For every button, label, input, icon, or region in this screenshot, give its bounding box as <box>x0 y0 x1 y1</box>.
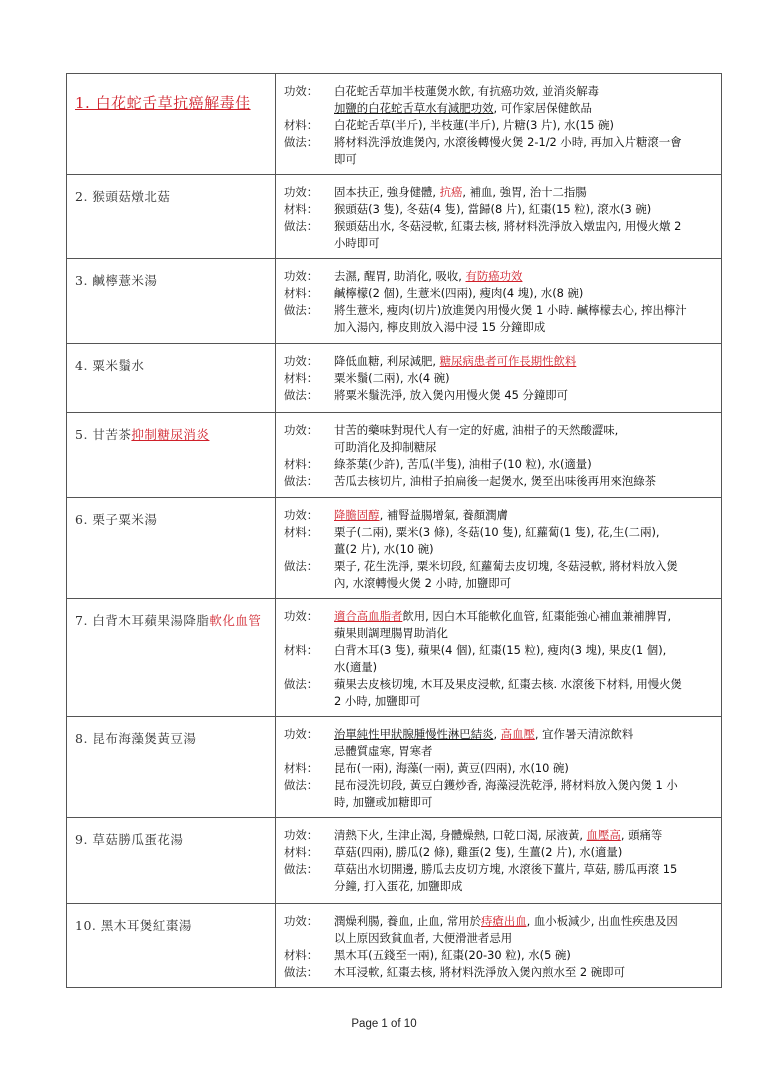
recipe-title-segment: 2. 猴頭菇燉北菇 <box>75 189 170 204</box>
method-line: 做法：苦瓜去核切片, 油柑子拍扁後一起煲水, 煲至出味後再用來泡綠茶 <box>284 473 715 490</box>
recipe-title-segment: 7. 白背木耳蘋果湯降脂 <box>75 613 209 628</box>
ingredients-label: 材料： <box>284 201 334 218</box>
effect-segment: 忌體質虛寒, 胃寒者 <box>334 744 432 758</box>
effect-line: 加鹽的白花蛇舌草水有減肥功效, 可作家居保健飲品 <box>284 100 715 117</box>
recipe-title: 1. 白花蛇舌草抗癌解毒佳 <box>67 74 276 175</box>
method-text: 分鐘, 打入蛋花, 加鹽即成 <box>334 878 715 895</box>
recipe-title-segment: 8. 昆布海藻煲黃豆湯 <box>75 731 196 746</box>
effect-segment: 飲用, 因白木耳能軟化血管, 紅棗能強心補血兼補脾胃, <box>402 609 671 623</box>
recipe-title: 5. 甘苦茶抑制糖尿消炎 <box>67 413 276 498</box>
effect-segment: 清熱下火, 生津止渴, 身體燥熱, 口乾口渴, 尿液黃, <box>334 828 587 842</box>
recipe-title-segment: 抑制糖尿消炎 <box>131 427 209 442</box>
effect-segment: , 頭痛等 <box>621 828 662 842</box>
method-label: 做法： <box>284 676 334 693</box>
method-text: 將生薏米, 瘦肉(切片)放進煲內用慢火煲 1 小時. 鹹檸檬去心, 搾出檸汁 <box>334 302 715 319</box>
recipe-details: 功效：白花蛇舌草加半枝蓮煲水飲, 有抗癌功效, 並消炎解毒加鹽的白花蛇舌草水有減… <box>276 74 722 175</box>
ingredients-label: 材料： <box>284 117 334 134</box>
effect-text: 適合高血脂者飲用, 因白木耳能軟化血管, 紅棗能強心補血兼補脾胃, <box>334 608 715 625</box>
effect-text: 固本扶正, 強身健體, 抗癌, 補血, 強胃, 治十二指腸 <box>334 184 715 201</box>
effect-text: 清熱下火, 生津止渴, 身體燥熱, 口乾口渴, 尿液黃, 血壓高, 頭痛等 <box>334 827 715 844</box>
method-text: 將粟米鬚洗淨, 放入煲內用慢火煲 45 分鐘即可 <box>334 387 715 404</box>
method-label: 做法： <box>284 964 334 981</box>
recipe-details: 功效：潤燥利腸, 養血, 止血, 常用於痔瘡出血, 血小板減少, 出血性疾患及因… <box>276 904 722 988</box>
effect-text: 蘋果則調理腸胃助消化 <box>334 625 715 642</box>
ingredients-segment: 栗子(二兩), 粟米(3 條), 冬菇(10 隻), 紅蘿蔔(1 隻), 花,生… <box>334 525 660 539</box>
ingredients-label: 材料： <box>284 947 334 964</box>
ingredients-text: 鹹檸檬(2 個), 生薏米(四兩), 瘦肉(4 塊), 水(8 碗) <box>334 285 715 302</box>
ingredients-segment: 水(適量) <box>334 660 377 674</box>
effect-label <box>284 439 334 456</box>
effect-label <box>284 930 334 947</box>
method-line: 做法：將材料洗淨放進煲內, 水滾後轉慢火煲 2-1/2 小時, 再加入片糖滾一會 <box>284 134 715 151</box>
effect-segment: , <box>493 727 500 741</box>
ingredients-line: 材料：白背木耳(3 隻), 蘋果(4 個), 紅棗(15 粒), 瘦肉(3 塊)… <box>284 642 715 659</box>
page-footer: Page 1 of 10 <box>0 1018 768 1030</box>
ingredients-label: 材料： <box>284 760 334 777</box>
method-text: 猴頭菇出水, 冬菇浸軟, 紅棗去核, 將材料洗淨放入燉盅內, 用慢火燉 2 <box>334 218 715 235</box>
recipe-table-body: 1. 白花蛇舌草抗癌解毒佳功效：白花蛇舌草加半枝蓮煲水飲, 有抗癌功效, 並消炎… <box>67 74 722 988</box>
ingredients-line: 薑(2 片), 水(10 碗) <box>284 541 715 558</box>
method-label: 做法： <box>284 134 334 151</box>
ingredients-label <box>284 659 334 676</box>
method-text: 木耳浸軟, 紅棗去核, 將材料洗淨放入煲內煎水至 2 碗即可 <box>334 964 715 981</box>
recipe-title-segment: 軟化血管 <box>209 613 261 628</box>
method-text: 內, 水滾轉慢火煲 2 小時, 加鹽即可 <box>334 575 715 592</box>
effect-label <box>284 100 334 117</box>
effect-segment: 治單純性甲狀腺腫慢性淋巴結炎 <box>334 727 493 741</box>
effect-segment: 降低血糖, 利尿減肥, <box>334 354 440 368</box>
effect-segment: , 補血, 強胃, 治十二指腸 <box>462 185 586 199</box>
ingredients-line: 材料：草菇(四兩), 勝瓜(2 條), 雞蛋(2 隻), 生薑(2 片), 水(… <box>284 844 715 861</box>
effect-text: 潤燥利腸, 養血, 止血, 常用於痔瘡出血, 血小板減少, 出血性疾患及因 <box>334 913 715 930</box>
recipe-title-segment: 9. 草菇勝瓜蛋花湯 <box>75 832 183 847</box>
effect-segment: 有防癌功效 <box>465 269 522 283</box>
recipe-title-segment: 10. 黑木耳煲紅棗湯 <box>75 918 192 933</box>
effect-line: 功效：治單純性甲狀腺腫慢性淋巴結炎, 高血壓, 宜作暑天清涼飲料 <box>284 726 715 743</box>
effect-segment: 適合高血脂者 <box>334 609 402 623</box>
effect-text: 忌體質虛寒, 胃寒者 <box>334 743 715 760</box>
ingredients-text: 草菇(四兩), 勝瓜(2 條), 雞蛋(2 隻), 生薑(2 片), 水(適量) <box>334 844 715 861</box>
effect-segment: 高血壓 <box>501 727 535 741</box>
method-line: 做法：草菇出水切開邊, 勝瓜去皮切方塊, 水滾後下薑片, 草菇, 勝瓜再滾 15 <box>284 861 715 878</box>
effect-segment: 蘋果則調理腸胃助消化 <box>334 626 448 640</box>
method-label <box>284 151 334 168</box>
effect-segment: 固本扶正, 強身健體, <box>334 185 440 199</box>
method-text: 時, 加鹽或加糖即可 <box>334 794 715 811</box>
method-line: 做法：猴頭菇出水, 冬菇浸軟, 紅棗去核, 將材料洗淨放入燉盅內, 用慢火燉 2 <box>284 218 715 235</box>
effect-label: 功效： <box>284 353 334 370</box>
method-line: 分鐘, 打入蛋花, 加鹽即成 <box>284 878 715 895</box>
recipe-row: 4. 粟米鬚水功效：降低血糖, 利尿減肥, 糖尿病患者可作長期性飲料材料：粟米鬚… <box>67 344 722 413</box>
effect-segment: , 血小板減少, 出血性疾患及因 <box>527 914 678 928</box>
effect-text: 治單純性甲狀腺腫慢性淋巴結炎, 高血壓, 宜作暑天清涼飲料 <box>334 726 715 743</box>
effect-segment: 去濕, 醒胃, 助消化, 吸收, <box>334 269 465 283</box>
ingredients-segment: 草菇(四兩), 勝瓜(2 條), 雞蛋(2 隻), 生薑(2 片), 水(適量) <box>334 845 622 859</box>
ingredients-segment: 白背木耳(3 隻), 蘋果(4 個), 紅棗(15 粒), 瘦肉(3 塊), 果… <box>334 643 666 657</box>
effect-line: 功效：去濕, 醒胃, 助消化, 吸收, 有防癌功效 <box>284 268 715 285</box>
effect-line: 功效：降膽固醇, 補腎益腸增氣, 養顏潤膚 <box>284 507 715 524</box>
effect-segment: 抗癌 <box>440 185 463 199</box>
effect-line: 忌體質虛寒, 胃寒者 <box>284 743 715 760</box>
effect-line: 功效：甘苦的藥味對現代人有一定的好處, 油柑子的天然酸澀味, <box>284 422 715 439</box>
effect-label <box>284 625 334 642</box>
effect-segment: , 宜作暑天清涼飲料 <box>535 727 633 741</box>
method-line: 加入湯內, 檸皮則放入湯中浸 15 分鐘即成 <box>284 319 715 336</box>
ingredients-label: 材料： <box>284 524 334 541</box>
recipe-details: 功效：降膽固醇, 補腎益腸增氣, 養顏潤膚材料：栗子(二兩), 粟米(3 條),… <box>276 498 722 599</box>
effect-line: 以上原因致貧血者, 大便滑泄者忌用 <box>284 930 715 947</box>
effect-line: 功效：潤燥利腸, 養血, 止血, 常用於痔瘡出血, 血小板減少, 出血性疾患及因 <box>284 913 715 930</box>
method-label <box>284 235 334 252</box>
ingredients-segment: 薑(2 片), 水(10 碗) <box>334 542 434 556</box>
method-line: 小時即可 <box>284 235 715 252</box>
recipe-title: 7. 白背木耳蘋果湯降脂軟化血管 <box>67 599 276 717</box>
effect-label: 功效： <box>284 608 334 625</box>
method-segment: 苦瓜去核切片, 油柑子拍扁後一起煲水, 煲至出味後再用來泡綠茶 <box>334 474 656 488</box>
ingredients-text: 白背木耳(3 隻), 蘋果(4 個), 紅棗(15 粒), 瘦肉(3 塊), 果… <box>334 642 715 659</box>
ingredients-text: 猴頭菇(3 隻), 冬菇(4 隻), 當歸(8 片), 紅棗(15 粒), 滾水… <box>334 201 715 218</box>
ingredients-label: 材料： <box>284 456 334 473</box>
recipe-details: 功效：治單純性甲狀腺腫慢性淋巴結炎, 高血壓, 宜作暑天清涼飲料忌體質虛寒, 胃… <box>276 717 722 818</box>
effect-segment: 糖尿病患者可作長期性飲料 <box>440 354 577 368</box>
method-label: 做法： <box>284 218 334 235</box>
recipe-title: 6. 栗子粟米湯 <box>67 498 276 599</box>
effect-segment: 白花蛇舌草加半枝蓮煲水飲, 有抗癌功效, 並消炎解毒 <box>334 84 599 98</box>
recipe-details: 功效：降低血糖, 利尿減肥, 糖尿病患者可作長期性飲料材料：粟米鬚(二兩), 水… <box>276 344 722 413</box>
method-text: 栗子, 花生洗淨, 粟米切段, 紅蘿蔔去皮切塊, 冬菇浸軟, 將材料放入煲 <box>334 558 715 575</box>
effect-line: 功效：固本扶正, 強身健體, 抗癌, 補血, 強胃, 治十二指腸 <box>284 184 715 201</box>
ingredients-segment: 猴頭菇(3 隻), 冬菇(4 隻), 當歸(8 片), 紅棗(15 粒), 滾水… <box>334 202 651 216</box>
recipe-details: 功效：清熱下火, 生津止渴, 身體燥熱, 口乾口渴, 尿液黃, 血壓高, 頭痛等… <box>276 818 722 904</box>
ingredients-label: 材料： <box>284 370 334 387</box>
effect-text: 去濕, 醒胃, 助消化, 吸收, 有防癌功效 <box>334 268 715 285</box>
effect-line: 蘋果則調理腸胃助消化 <box>284 625 715 642</box>
recipe-title-segment: 1. 白花蛇舌草抗癌解毒佳 <box>75 94 251 112</box>
effect-segment: 痔瘡出血 <box>481 914 527 928</box>
method-segment: 即可 <box>334 152 357 166</box>
method-segment: 猴頭菇出水, 冬菇浸軟, 紅棗去核, 將材料洗淨放入燉盅內, 用慢火燉 2 <box>334 219 681 233</box>
ingredients-line: 材料：粟米鬚(二兩), 水(4 碗) <box>284 370 715 387</box>
ingredients-label: 材料： <box>284 642 334 659</box>
effect-text: 以上原因致貧血者, 大便滑泄者忌用 <box>334 930 715 947</box>
recipe-row: 9. 草菇勝瓜蛋花湯功效：清熱下火, 生津止渴, 身體燥熱, 口乾口渴, 尿液黃… <box>67 818 722 904</box>
method-label: 做法： <box>284 473 334 490</box>
effect-text: 可助消化及抑制糖尿 <box>334 439 715 456</box>
ingredients-text: 水(適量) <box>334 659 715 676</box>
method-line: 即可 <box>284 151 715 168</box>
recipe-title-segment: 3. 鹹檸薏米湯 <box>75 273 157 288</box>
method-segment: 時, 加鹽或加糖即可 <box>334 795 432 809</box>
method-segment: 小時即可 <box>334 236 380 250</box>
recipe-details: 功效：固本扶正, 強身健體, 抗癌, 補血, 強胃, 治十二指腸材料：猴頭菇(3… <box>276 175 722 259</box>
method-line: 做法：將生薏米, 瘦肉(切片)放進煲內用慢火煲 1 小時. 鹹檸檬去心, 搾出檸… <box>284 302 715 319</box>
effect-text: 加鹽的白花蛇舌草水有減肥功效, 可作家居保健飲品 <box>334 100 715 117</box>
recipe-details: 功效：去濕, 醒胃, 助消化, 吸收, 有防癌功效材料：鹹檸檬(2 個), 生薏… <box>276 259 722 344</box>
effect-segment: 血壓高 <box>587 828 621 842</box>
effect-label: 功效： <box>284 827 334 844</box>
ingredients-label <box>284 541 334 558</box>
effect-line: 功效：白花蛇舌草加半枝蓮煲水飲, 有抗癌功效, 並消炎解毒 <box>284 83 715 100</box>
effect-label: 功效： <box>284 913 334 930</box>
ingredients-text: 粟米鬚(二兩), 水(4 碗) <box>334 370 715 387</box>
ingredients-line: 材料：栗子(二兩), 粟米(3 條), 冬菇(10 隻), 紅蘿蔔(1 隻), … <box>284 524 715 541</box>
method-line: 做法：將粟米鬚洗淨, 放入煲內用慢火煲 45 分鐘即可 <box>284 387 715 404</box>
ingredients-text: 昆布(一兩), 海藻(一兩), 黃豆(四兩), 水(10 碗) <box>334 760 715 777</box>
method-line: 做法：栗子, 花生洗淨, 粟米切段, 紅蘿蔔去皮切塊, 冬菇浸軟, 將材料放入煲 <box>284 558 715 575</box>
method-line: 內, 水滾轉慢火煲 2 小時, 加鹽即可 <box>284 575 715 592</box>
method-line: 做法：昆布浸洗切段, 黃豆白鑊炒香, 海藻浸洗乾淨, 將材料放入煲內煲 1 小 <box>284 777 715 794</box>
recipe-title: 9. 草菇勝瓜蛋花湯 <box>67 818 276 904</box>
ingredients-segment: 粟米鬚(二兩), 水(4 碗) <box>334 371 450 385</box>
method-label <box>284 693 334 710</box>
ingredients-segment: 鹹檸檬(2 個), 生薏米(四兩), 瘦肉(4 塊), 水(8 碗) <box>334 286 583 300</box>
recipe-details: 功效：適合高血脂者飲用, 因白木耳能軟化血管, 紅棗能強心補血兼補脾胃,蘋果則調… <box>276 599 722 717</box>
method-text: 加入湯內, 檸皮則放入湯中浸 15 分鐘即成 <box>334 319 715 336</box>
method-label: 做法： <box>284 558 334 575</box>
method-segment: 昆布浸洗切段, 黃豆白鑊炒香, 海藻浸洗乾淨, 將材料放入煲內煲 1 小 <box>334 778 678 792</box>
effect-text: 降膽固醇, 補腎益腸增氣, 養顏潤膚 <box>334 507 715 524</box>
effect-segment: 潤燥利腸, 養血, 止血, 常用於 <box>334 914 481 928</box>
effect-segment: 加鹽的白花蛇舌草水有減肥功效 <box>334 101 493 115</box>
recipe-title-segment: 5. 甘苦茶 <box>75 427 131 442</box>
method-text: 蘋果去皮核切塊, 木耳及果皮浸軟, 紅棗去核. 水滾後下材料, 用慢火煲 <box>334 676 715 693</box>
recipe-row: 6. 栗子粟米湯功效：降膽固醇, 補腎益腸增氣, 養顏潤膚材料：栗子(二兩), … <box>67 498 722 599</box>
method-label: 做法： <box>284 861 334 878</box>
effect-label: 功效： <box>284 184 334 201</box>
method-text: 小時即可 <box>334 235 715 252</box>
effect-line: 功效：降低血糖, 利尿減肥, 糖尿病患者可作長期性飲料 <box>284 353 715 370</box>
recipe-title: 4. 粟米鬚水 <box>67 344 276 413</box>
method-text: 即可 <box>334 151 715 168</box>
method-label <box>284 794 334 811</box>
recipe-table: 1. 白花蛇舌草抗癌解毒佳功效：白花蛇舌草加半枝蓮煲水飲, 有抗癌功效, 並消炎… <box>66 73 722 988</box>
method-label: 做法： <box>284 777 334 794</box>
ingredients-label: 材料： <box>284 844 334 861</box>
method-label <box>284 575 334 592</box>
ingredients-text: 綠茶葉(少許), 苦瓜(半隻), 油柑子(10 粒), 水(適量) <box>334 456 715 473</box>
ingredients-line: 材料：鹹檸檬(2 個), 生薏米(四兩), 瘦肉(4 塊), 水(8 碗) <box>284 285 715 302</box>
recipe-title: 3. 鹹檸薏米湯 <box>67 259 276 344</box>
method-segment: 內, 水滾轉慢火煲 2 小時, 加鹽即可 <box>334 576 511 590</box>
recipe-title-segment: 4. 粟米鬚水 <box>75 358 144 373</box>
method-segment: 將生薏米, 瘦肉(切片)放進煲內用慢火煲 1 小時. 鹹檸檬去心, 搾出檸汁 <box>334 303 687 317</box>
method-text: 草菇出水切開邊, 勝瓜去皮切方塊, 水滾後下薑片, 草菇, 勝瓜再滾 15 <box>334 861 715 878</box>
method-text: 2 小時, 加鹽即可 <box>334 693 715 710</box>
method-segment: 分鐘, 打入蛋花, 加鹽即成 <box>334 879 462 893</box>
ingredients-line: 材料：猴頭菇(3 隻), 冬菇(4 隻), 當歸(8 片), 紅棗(15 粒),… <box>284 201 715 218</box>
method-label: 做法： <box>284 302 334 319</box>
method-segment: 2 小時, 加鹽即可 <box>334 694 420 708</box>
recipe-row: 3. 鹹檸薏米湯功效：去濕, 醒胃, 助消化, 吸收, 有防癌功效材料：鹹檸檬(… <box>67 259 722 344</box>
ingredients-line: 水(適量) <box>284 659 715 676</box>
ingredients-segment: 白花蛇舌草(半斤), 半枝蓮(半斤), 片糖(3 片), 水(15 碗) <box>334 118 614 132</box>
effect-label: 功效： <box>284 422 334 439</box>
effect-line: 功效：清熱下火, 生津止渴, 身體燥熱, 口乾口渴, 尿液黃, 血壓高, 頭痛等 <box>284 827 715 844</box>
effect-text: 降低血糖, 利尿減肥, 糖尿病患者可作長期性飲料 <box>334 353 715 370</box>
method-text: 將材料洗淨放進煲內, 水滾後轉慢火煲 2-1/2 小時, 再加入片糖滾一會 <box>334 134 715 151</box>
effect-text: 白花蛇舌草加半枝蓮煲水飲, 有抗癌功效, 並消炎解毒 <box>334 83 715 100</box>
document-page: 1. 白花蛇舌草抗癌解毒佳功效：白花蛇舌草加半枝蓮煲水飲, 有抗癌功效, 並消炎… <box>0 0 768 1086</box>
recipe-title: 8. 昆布海藻煲黃豆湯 <box>67 717 276 818</box>
recipe-row: 2. 猴頭菇燉北菇功效：固本扶正, 強身健體, 抗癌, 補血, 強胃, 治十二指… <box>67 175 722 259</box>
method-text: 昆布浸洗切段, 黃豆白鑊炒香, 海藻浸洗乾淨, 將材料放入煲內煲 1 小 <box>334 777 715 794</box>
method-segment: 草菇出水切開邊, 勝瓜去皮切方塊, 水滾後下薑片, 草菇, 勝瓜再滾 15 <box>334 862 677 876</box>
method-segment: 加入湯內, 檸皮則放入湯中浸 15 分鐘即成 <box>334 320 545 334</box>
ingredients-segment: 綠茶葉(少許), 苦瓜(半隻), 油柑子(10 粒), 水(適量) <box>334 457 592 471</box>
effect-line: 可助消化及抑制糖尿 <box>284 439 715 456</box>
ingredients-text: 白花蛇舌草(半斤), 半枝蓮(半斤), 片糖(3 片), 水(15 碗) <box>334 117 715 134</box>
effect-label: 功效： <box>284 507 334 524</box>
method-line: 做法：木耳浸軟, 紅棗去核, 將材料洗淨放入煲內煎水至 2 碗即可 <box>284 964 715 981</box>
ingredients-segment: 昆布(一兩), 海藻(一兩), 黃豆(四兩), 水(10 碗) <box>334 761 569 775</box>
effect-label <box>284 743 334 760</box>
effect-line: 功效：適合高血脂者飲用, 因白木耳能軟化血管, 紅棗能強心補血兼補脾胃, <box>284 608 715 625</box>
ingredients-line: 材料：黑木耳(五錢至一兩), 紅棗(20-30 粒), 水(5 碗) <box>284 947 715 964</box>
recipe-details: 功效：甘苦的藥味對現代人有一定的好處, 油柑子的天然酸澀味,可助消化及抑制糖尿材… <box>276 413 722 498</box>
method-segment: 蘋果去皮核切塊, 木耳及果皮浸軟, 紅棗去核. 水滾後下材料, 用慢火煲 <box>334 677 682 691</box>
recipe-row: 1. 白花蛇舌草抗癌解毒佳功效：白花蛇舌草加半枝蓮煲水飲, 有抗癌功效, 並消炎… <box>67 74 722 175</box>
effect-label: 功效： <box>284 726 334 743</box>
ingredients-line: 材料：昆布(一兩), 海藻(一兩), 黃豆(四兩), 水(10 碗) <box>284 760 715 777</box>
method-segment: 木耳浸軟, 紅棗去核, 將材料洗淨放入煲內煎水至 2 碗即可 <box>334 965 625 979</box>
recipe-row: 8. 昆布海藻煲黃豆湯功效：治單純性甲狀腺腫慢性淋巴結炎, 高血壓, 宜作暑天清… <box>67 717 722 818</box>
method-label <box>284 878 334 895</box>
ingredients-text: 黑木耳(五錢至一兩), 紅棗(20-30 粒), 水(5 碗) <box>334 947 715 964</box>
effect-segment: 可助消化及抑制糖尿 <box>334 440 437 454</box>
recipe-title-segment: 6. 栗子粟米湯 <box>75 512 157 527</box>
method-segment: 將材料洗淨放進煲內, 水滾後轉慢火煲 2-1/2 小時, 再加入片糖滾一會 <box>334 135 682 149</box>
effect-segment: 降膽固醇 <box>334 508 380 522</box>
method-text: 苦瓜去核切片, 油柑子拍扁後一起煲水, 煲至出味後再用來泡綠茶 <box>334 473 715 490</box>
effect-segment: , 補腎益腸增氣, 養顏潤膚 <box>380 508 508 522</box>
method-label <box>284 319 334 336</box>
effect-text: 甘苦的藥味對現代人有一定的好處, 油柑子的天然酸澀味, <box>334 422 715 439</box>
effect-label: 功效： <box>284 268 334 285</box>
recipe-row: 7. 白背木耳蘋果湯降脂軟化血管功效：適合高血脂者飲用, 因白木耳能軟化血管, … <box>67 599 722 717</box>
recipe-title: 10. 黑木耳煲紅棗湯 <box>67 904 276 988</box>
method-label: 做法： <box>284 387 334 404</box>
effect-label: 功效： <box>284 83 334 100</box>
ingredients-text: 薑(2 片), 水(10 碗) <box>334 541 715 558</box>
effect-segment: 以上原因致貧血者, 大便滑泄者忌用 <box>334 931 512 945</box>
recipe-title: 2. 猴頭菇燉北菇 <box>67 175 276 259</box>
ingredients-segment: 黑木耳(五錢至一兩), 紅棗(20-30 粒), 水(5 碗) <box>334 948 571 962</box>
method-segment: 栗子, 花生洗淨, 粟米切段, 紅蘿蔔去皮切塊, 冬菇浸軟, 將材料放入煲 <box>334 559 678 573</box>
ingredients-text: 栗子(二兩), 粟米(3 條), 冬菇(10 隻), 紅蘿蔔(1 隻), 花,生… <box>334 524 715 541</box>
method-line: 2 小時, 加鹽即可 <box>284 693 715 710</box>
recipe-row: 5. 甘苦茶抑制糖尿消炎功效：甘苦的藥味對現代人有一定的好處, 油柑子的天然酸澀… <box>67 413 722 498</box>
ingredients-line: 材料：綠茶葉(少許), 苦瓜(半隻), 油柑子(10 粒), 水(適量) <box>284 456 715 473</box>
effect-segment: 甘苦的藥味對現代人有一定的好處, 油柑子的天然酸澀味, <box>334 423 618 437</box>
ingredients-line: 材料：白花蛇舌草(半斤), 半枝蓮(半斤), 片糖(3 片), 水(15 碗) <box>284 117 715 134</box>
method-line: 做法：蘋果去皮核切塊, 木耳及果皮浸軟, 紅棗去核. 水滾後下材料, 用慢火煲 <box>284 676 715 693</box>
ingredients-label: 材料： <box>284 285 334 302</box>
method-segment: 將粟米鬚洗淨, 放入煲內用慢火煲 45 分鐘即可 <box>334 388 568 402</box>
effect-segment: , 可作家居保健飲品 <box>493 101 591 115</box>
recipe-row: 10. 黑木耳煲紅棗湯功效：潤燥利腸, 養血, 止血, 常用於痔瘡出血, 血小板… <box>67 904 722 988</box>
method-line: 時, 加鹽或加糖即可 <box>284 794 715 811</box>
